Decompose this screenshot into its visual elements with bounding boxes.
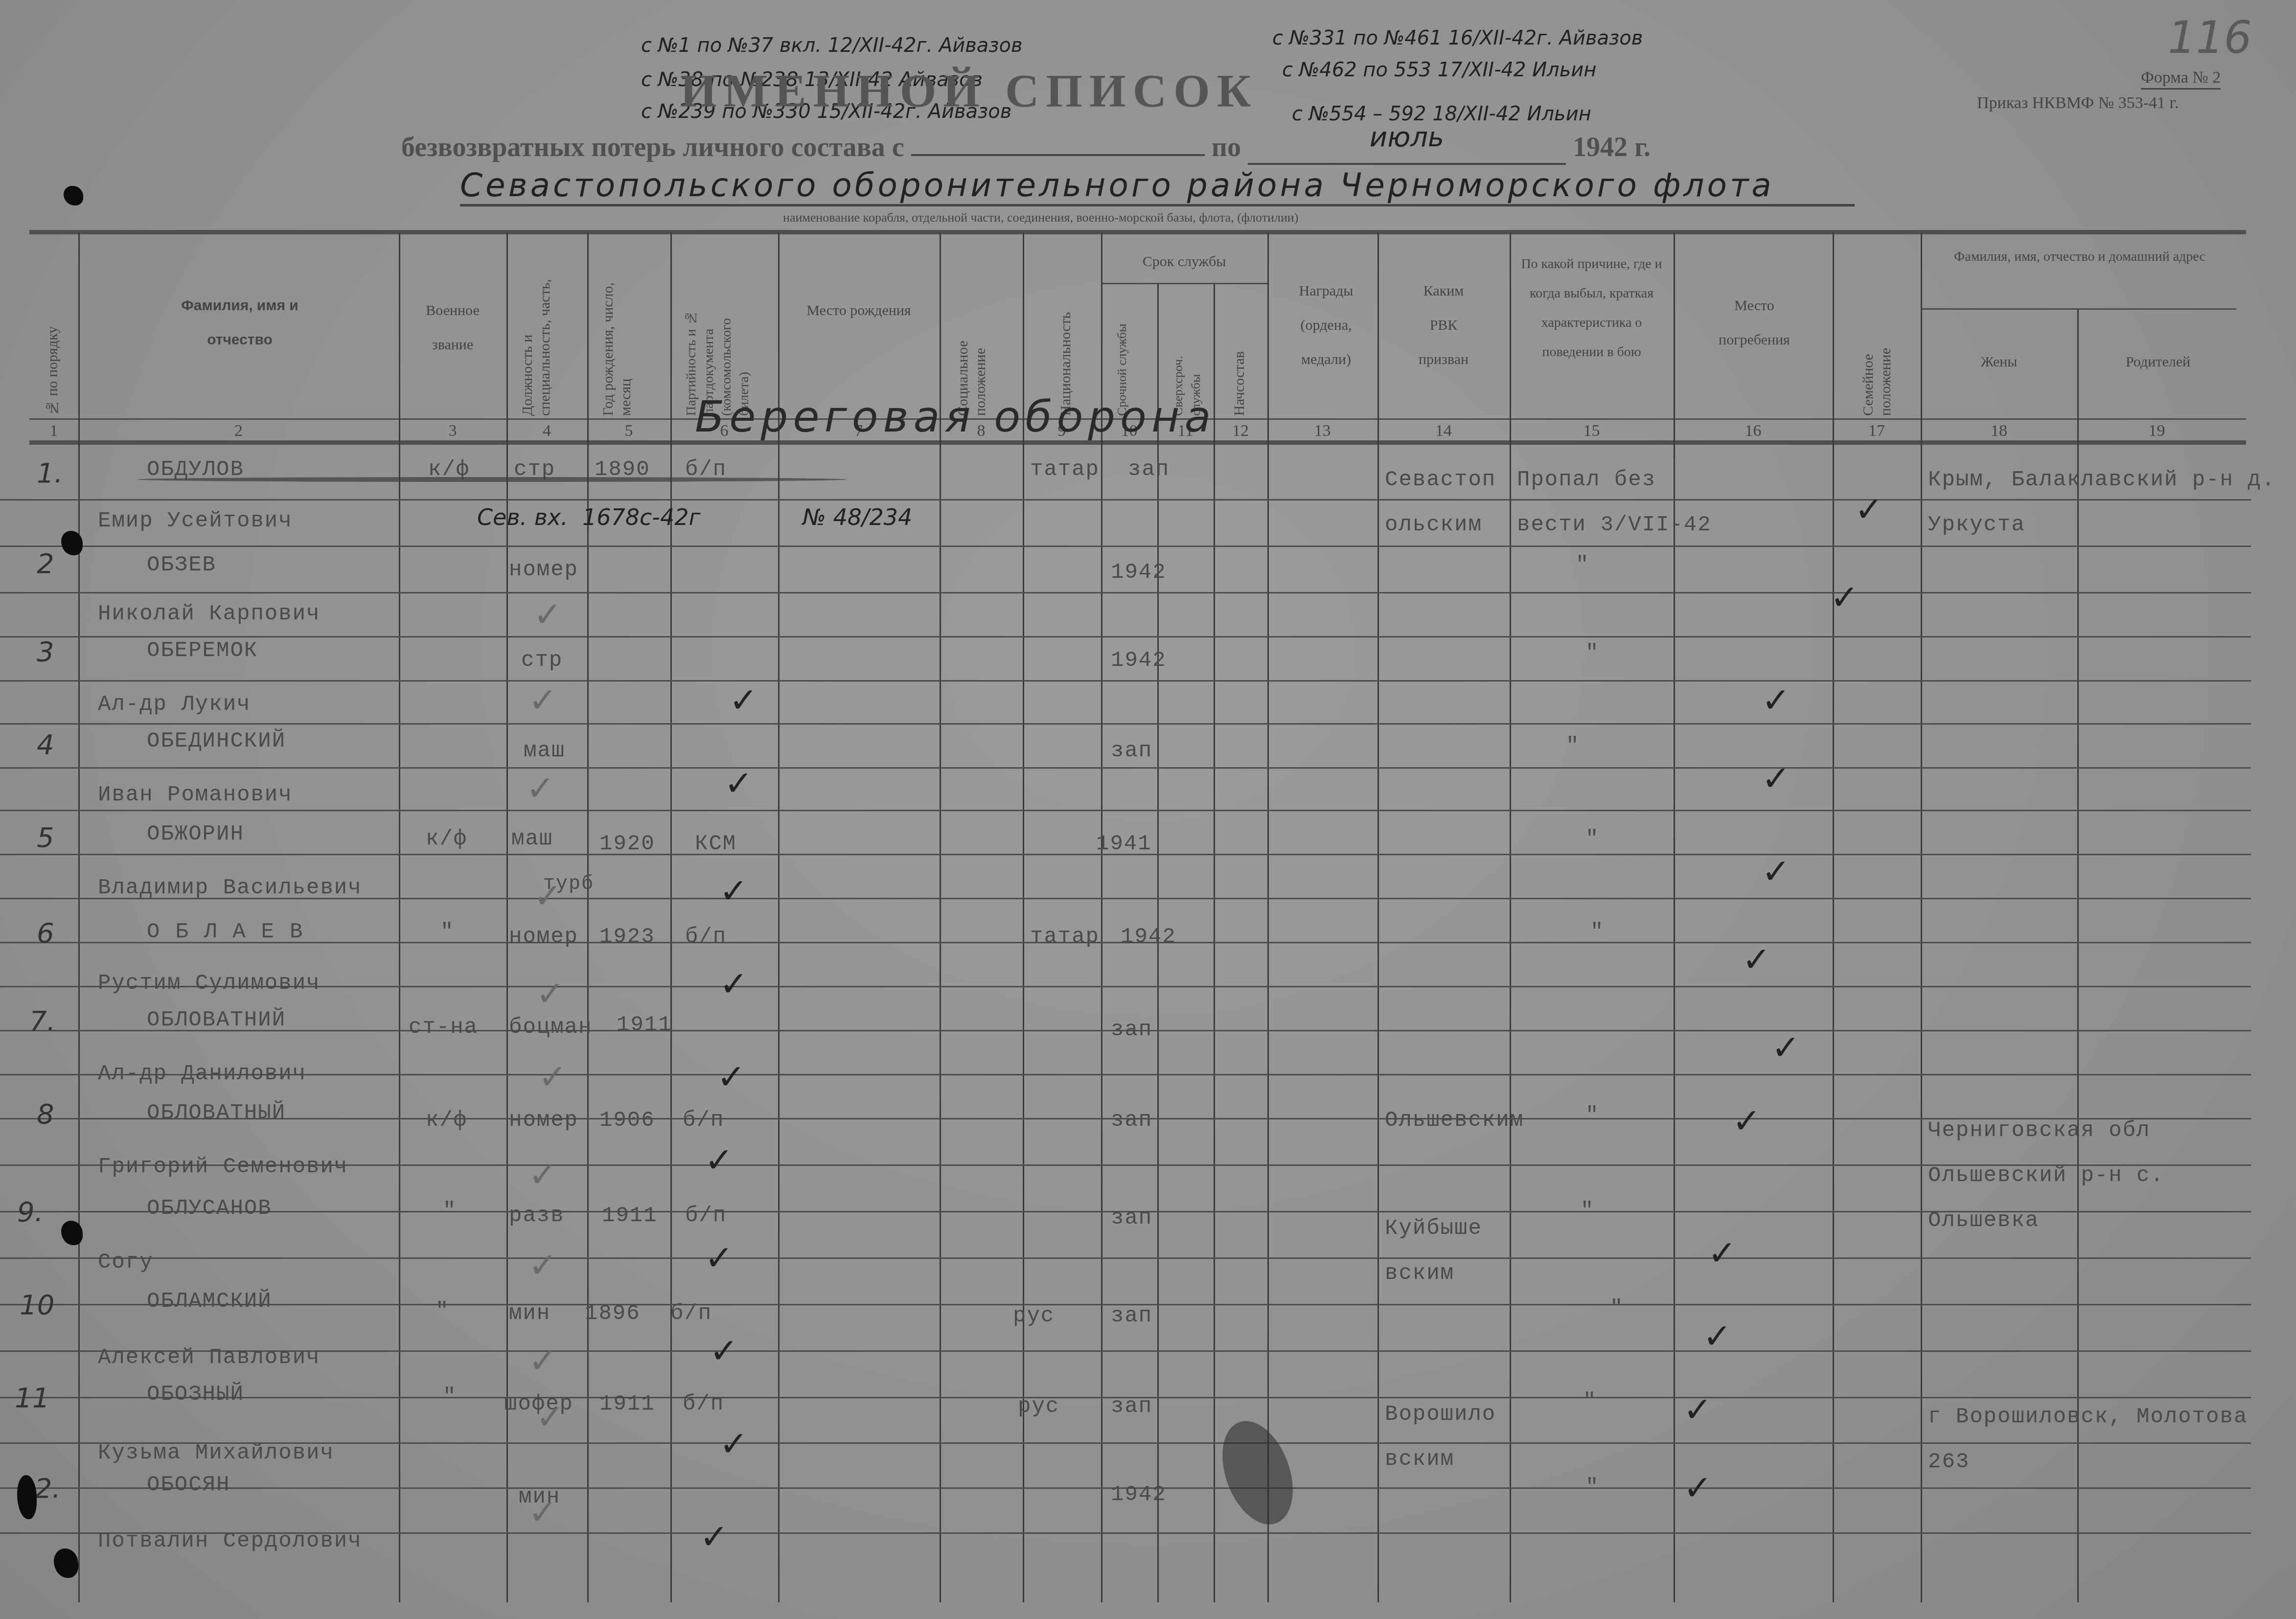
given-names: Владимир Васильевич [98,876,362,900]
service-term: зап [1111,739,1152,763]
position: боцман [509,1015,592,1040]
col-number: 16 [1674,422,1833,440]
header-col-15: По какой причине, где и когда выбыл, кра… [1515,250,1669,367]
nationality: рус [1013,1304,1055,1328]
order-reference: Приказ НКВМФ № 353-41 г. [1977,94,2179,113]
rvk: Севастопольским [1385,457,1507,547]
header-col-1: № по порядку [44,289,62,416]
surname: ОБОЗНЫЙ [147,1382,244,1407]
service-term: зап [1111,1206,1152,1231]
party: б/п [685,925,727,949]
checkmark-icon: ✓ [533,876,562,916]
rank: " [436,1299,449,1323]
rvk: Куйбышевским [1385,1206,1483,1296]
party: КСМ [695,832,736,856]
subtitle-mid: по [1212,132,1241,162]
loss-reason: " [1585,641,1599,665]
surname: ОБЛАМСКИЙ [147,1289,272,1314]
rank: " [443,1199,457,1223]
header-col-18: Жены [1926,345,2072,379]
form-label: Форма № 2 [2141,68,2221,90]
header-col-5: Год рождения, число, месяц [599,274,658,416]
row-rule [0,767,2251,769]
birth-year: 1923 [599,925,655,949]
rank: к/ф [426,1108,467,1133]
col-number: 1 [29,422,78,440]
header-col-14: Каким РВК призван [1409,274,1478,377]
row-rule [0,1257,2251,1259]
checkmark-icon: ✓ [724,763,753,803]
given-names: Григорий Семенович [98,1155,348,1179]
row-number: 1. [37,457,63,489]
header-col-12: Начсостав [1231,328,1248,416]
row-number: 6 [37,917,54,949]
checkmark-icon: ✓ [538,1057,567,1097]
row-number: 11 [15,1382,49,1414]
position: номер [509,558,578,582]
birth-year: 1911 [617,1013,672,1037]
checkmark-icon: ✓ [717,1057,746,1097]
checkmark-icon: ✓ [1830,577,1859,617]
checkmark-icon: ✓ [1703,1316,1732,1356]
service-term: 1941 [1096,832,1152,856]
loss-reason: " [1576,553,1589,577]
col-number: 12 [1214,422,1267,440]
col-number: 15 [1510,422,1674,440]
given-names: Ал-др Лукич [98,692,251,717]
rvk: Ольшевским [1385,1108,1524,1133]
loss-reason: " [1590,920,1604,944]
party: б/п [683,1108,724,1133]
checkmark-icon: ✓ [528,1155,557,1195]
birth-year: 1911 [602,1204,658,1228]
col-number: 13 [1267,422,1378,440]
service-term: зап [1111,1018,1152,1042]
service-term: 1942 [1121,925,1176,949]
position-note: Сев. вх. [477,504,568,530]
surname: ОБЛОВАТНИЙ [147,1008,286,1032]
surname: ОБЕРЕМОК [147,638,258,663]
header-col-7: Место рождения [803,294,915,328]
row-rule [0,680,2251,682]
rank: " [440,920,454,944]
header-col-17: Семейное положение [1860,318,1899,416]
rank: " [443,1385,457,1409]
party: б/п [685,1204,727,1228]
birth-note: 1678с-42г [582,504,701,530]
header-col-13: Награды (ордена, медали) [1292,274,1360,377]
checkmark-icon: ✓ [528,680,557,720]
party: б/п [670,1301,712,1326]
checkmark-icon: ✓ [1762,758,1791,798]
col-number: 18 [1921,422,2077,440]
row-number: 8 [37,1098,54,1130]
position: мин [509,1301,551,1326]
position: маш [524,739,565,763]
surname: ОБЗЕВ [147,553,216,577]
position: маш [511,827,553,851]
header-col-4: Должность и специальность, часть, [519,240,577,416]
page-number: 116 [2168,12,2252,64]
loss-reason: " [1566,734,1580,758]
header-note: с №331 по №461 16/XII-42г. Айвазов [1272,27,1643,49]
checkmark-icon: ✓ [528,1492,557,1532]
row-number: 3 [37,636,54,668]
row-rule [0,1074,2251,1075]
given-names: Согу [98,1250,154,1275]
checkmark-icon: ✓ [719,1424,748,1464]
row-number: 7. [29,1005,55,1037]
checkmark-icon: ✓ [1855,489,1883,529]
date-to-field: июль [1248,131,1566,165]
row-rule [0,1442,2251,1444]
header-note: с №1 по №37 вкл. 12/XII-42г. Айвазов [641,34,1023,57]
header-col-2: Фамилия, имя и отчество [147,289,333,357]
checkmark-icon: ✓ [533,594,562,635]
row-rule [0,592,2251,593]
row-number: 5 [37,822,54,854]
service-term: зап [1111,1394,1152,1419]
given-names: Потвалин Сердолович [98,1529,362,1553]
row-number: 2 [37,548,54,580]
row-rule [0,810,2251,811]
document-number: № 48/234 [803,504,912,530]
col-number: 5 [587,422,670,440]
checkmark-icon: ✓ [1683,1468,1712,1508]
rvk: Ворошиловским [1385,1392,1497,1482]
header-col-19: Родителей [2082,345,2234,379]
given-names: Кузьма Михайлович [98,1441,334,1465]
checkmark-icon: ✓ [1762,680,1791,720]
col-number: 2 [78,422,399,440]
year: 1942 [1573,132,1628,162]
loss-reason: " [1585,1103,1599,1128]
service-term-divider [1101,283,1267,284]
position: разв [509,1204,565,1228]
checkmark-icon: ✓ [528,1245,557,1285]
row-rule [0,986,2251,987]
checkmark-icon: ✓ [705,1140,734,1180]
position: стр [521,648,563,673]
surname: ОБЛАЕВ [147,920,318,944]
service-term: зап [1111,1304,1152,1328]
surname: ОБЕДИНСКИЙ [147,729,286,753]
loss-reason: " [1581,1199,1594,1223]
col-number: 19 [2077,422,2236,440]
unit-name: Севастопольского оборонительного района … [460,166,1855,206]
subtitle: безвозвратных потерь личного состава с п… [401,131,1651,165]
checkmark-icon: ✓ [1762,851,1791,891]
position: номер [509,1108,578,1133]
service-term: зап [1111,1108,1152,1133]
nationality: татар [1030,925,1100,949]
checkmark-icon: ✓ [528,1341,557,1381]
header-col-16: Место погребения [1718,289,1791,357]
given-names: Алексей Павлович [98,1345,320,1370]
loss-reason: " [1610,1297,1624,1321]
loss-reason: " [1585,1475,1599,1500]
party: б/п [683,1392,724,1416]
col-number: 3 [399,422,506,440]
checkmark-icon: ✓ [719,871,748,911]
given-names: Ал-др Данилович [98,1062,306,1086]
strikethrough-mark [137,477,847,482]
nationality: рус [1018,1394,1059,1419]
loss-reason: " [1583,1390,1597,1414]
given-names: Иван Романович [98,783,293,807]
birth-year: 1920 [599,832,655,856]
row-rule [0,723,2251,725]
header-service-term: Срок службы [1103,245,1265,279]
checkmark-icon: ✓ [719,964,748,1004]
checkmark-icon: ✓ [1683,1390,1712,1430]
checkmark-icon: ✓ [710,1331,738,1371]
parents-address: Крым, Балаклавский р-н д. Уркуста [1928,457,2290,547]
birth-year: 1896 [585,1301,641,1326]
birth-year: 1911 [599,1392,655,1416]
row-rule [0,636,2251,638]
row-number: 10 [20,1289,54,1321]
year-suffix: г. [1634,132,1651,162]
position: номер [509,925,578,949]
section-annotation: Береговая оборона [695,391,1216,442]
surname: ОБЛУСАНОВ [147,1196,272,1221]
col-number: 17 [1833,422,1921,440]
checkmark-icon: ✓ [526,768,555,808]
document-title: ИМЕННОЙ СПИСОК [680,64,1258,118]
nationality: татар [1030,457,1100,482]
col-number: 14 [1378,422,1510,440]
col-number: 4 [506,422,587,440]
service-term: 1942 [1111,1482,1167,1507]
checkmark-icon: ✓ [536,974,565,1014]
date-from-field [911,154,1205,156]
date-to-value: июль [1370,121,1444,153]
rank: ст-на [409,1015,478,1040]
row-rule [0,499,2251,501]
given-names: Николай Карпович [98,602,320,626]
rank: к/ф [426,827,467,851]
row-number: 4 [37,729,54,761]
loss-reason: " [1585,827,1599,851]
surname: ОБЖОРИН [147,822,244,846]
checkmark-icon: ✓ [1771,1027,1800,1068]
surname: ОБЛОВАТНЫЙ [147,1101,286,1125]
row-rule [0,1350,2251,1352]
given-names: Рустим Сулимович [98,971,320,996]
checkmark-icon: ✓ [1708,1233,1737,1273]
header-address: Фамилия, имя, отчество и домашний адрес [1926,245,2234,269]
checkmark-icon: ✓ [1732,1101,1761,1141]
loss-reason: Пропал без вести 3/VII-42 [1517,457,1722,547]
row-rule [0,546,2251,547]
checkmark-icon: ✓ [1742,939,1771,980]
surname: ОБОСЯН [147,1473,230,1497]
service-term: 1942 [1111,648,1167,673]
service-term: 1942 [1111,560,1167,585]
birth-year: 1906 [599,1108,655,1133]
checkmark-icon: ✓ [705,1238,734,1278]
unit-caption: наименование корабля, отдельной части, с… [783,210,1298,225]
checkmark-icon: ✓ [536,1397,565,1437]
header-col-3: Военное звание [411,294,494,362]
subtitle-prefix: безвозвратных потерь личного состава с [401,132,904,162]
service-term: зап [1128,457,1170,482]
given-names: Емир Усейтович [98,509,293,533]
parents-address: Черниговская обл Ольшевский р-н с. Ольше… [1928,1108,2280,1243]
header-note: с №462 по 553 17/XII-42 Ильин [1282,59,1596,81]
checkmark-icon: ✓ [729,680,758,720]
parents-address: г Ворошиловск, Молотова 263 [1928,1394,2280,1484]
checkmark-icon: ✓ [700,1517,729,1557]
table-top-rule [29,230,2246,234]
row-number: 9. [17,1196,43,1228]
